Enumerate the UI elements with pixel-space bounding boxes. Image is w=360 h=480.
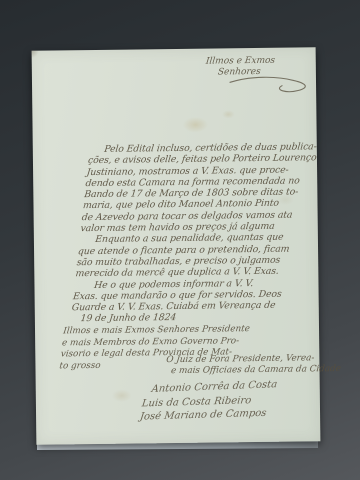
- signature: Antonio Corrêa da Costa: [151, 379, 278, 395]
- signature: Luis da Costa Ribeiro: [141, 395, 252, 409]
- letter-date: 19 de Junho de 1824: [70, 311, 305, 325]
- photo-backdrop: Illmos e Exmos Senhores Pelo Edital incl…: [0, 0, 360, 480]
- pen-flourish: [228, 73, 314, 96]
- sender-line: e mais Officiaes da Camara da Cidade: [164, 364, 335, 377]
- manuscript-paper: Illmos e Exmos Senhores Pelo Edital incl…: [32, 47, 321, 444]
- sender-block: O Juiz de Fora Presidente, Verea- e mais…: [164, 353, 337, 378]
- letter-body: Pelo Edital incluso, certidões de duas p…: [70, 141, 324, 325]
- signature: José Mariano de Campos: [139, 408, 267, 423]
